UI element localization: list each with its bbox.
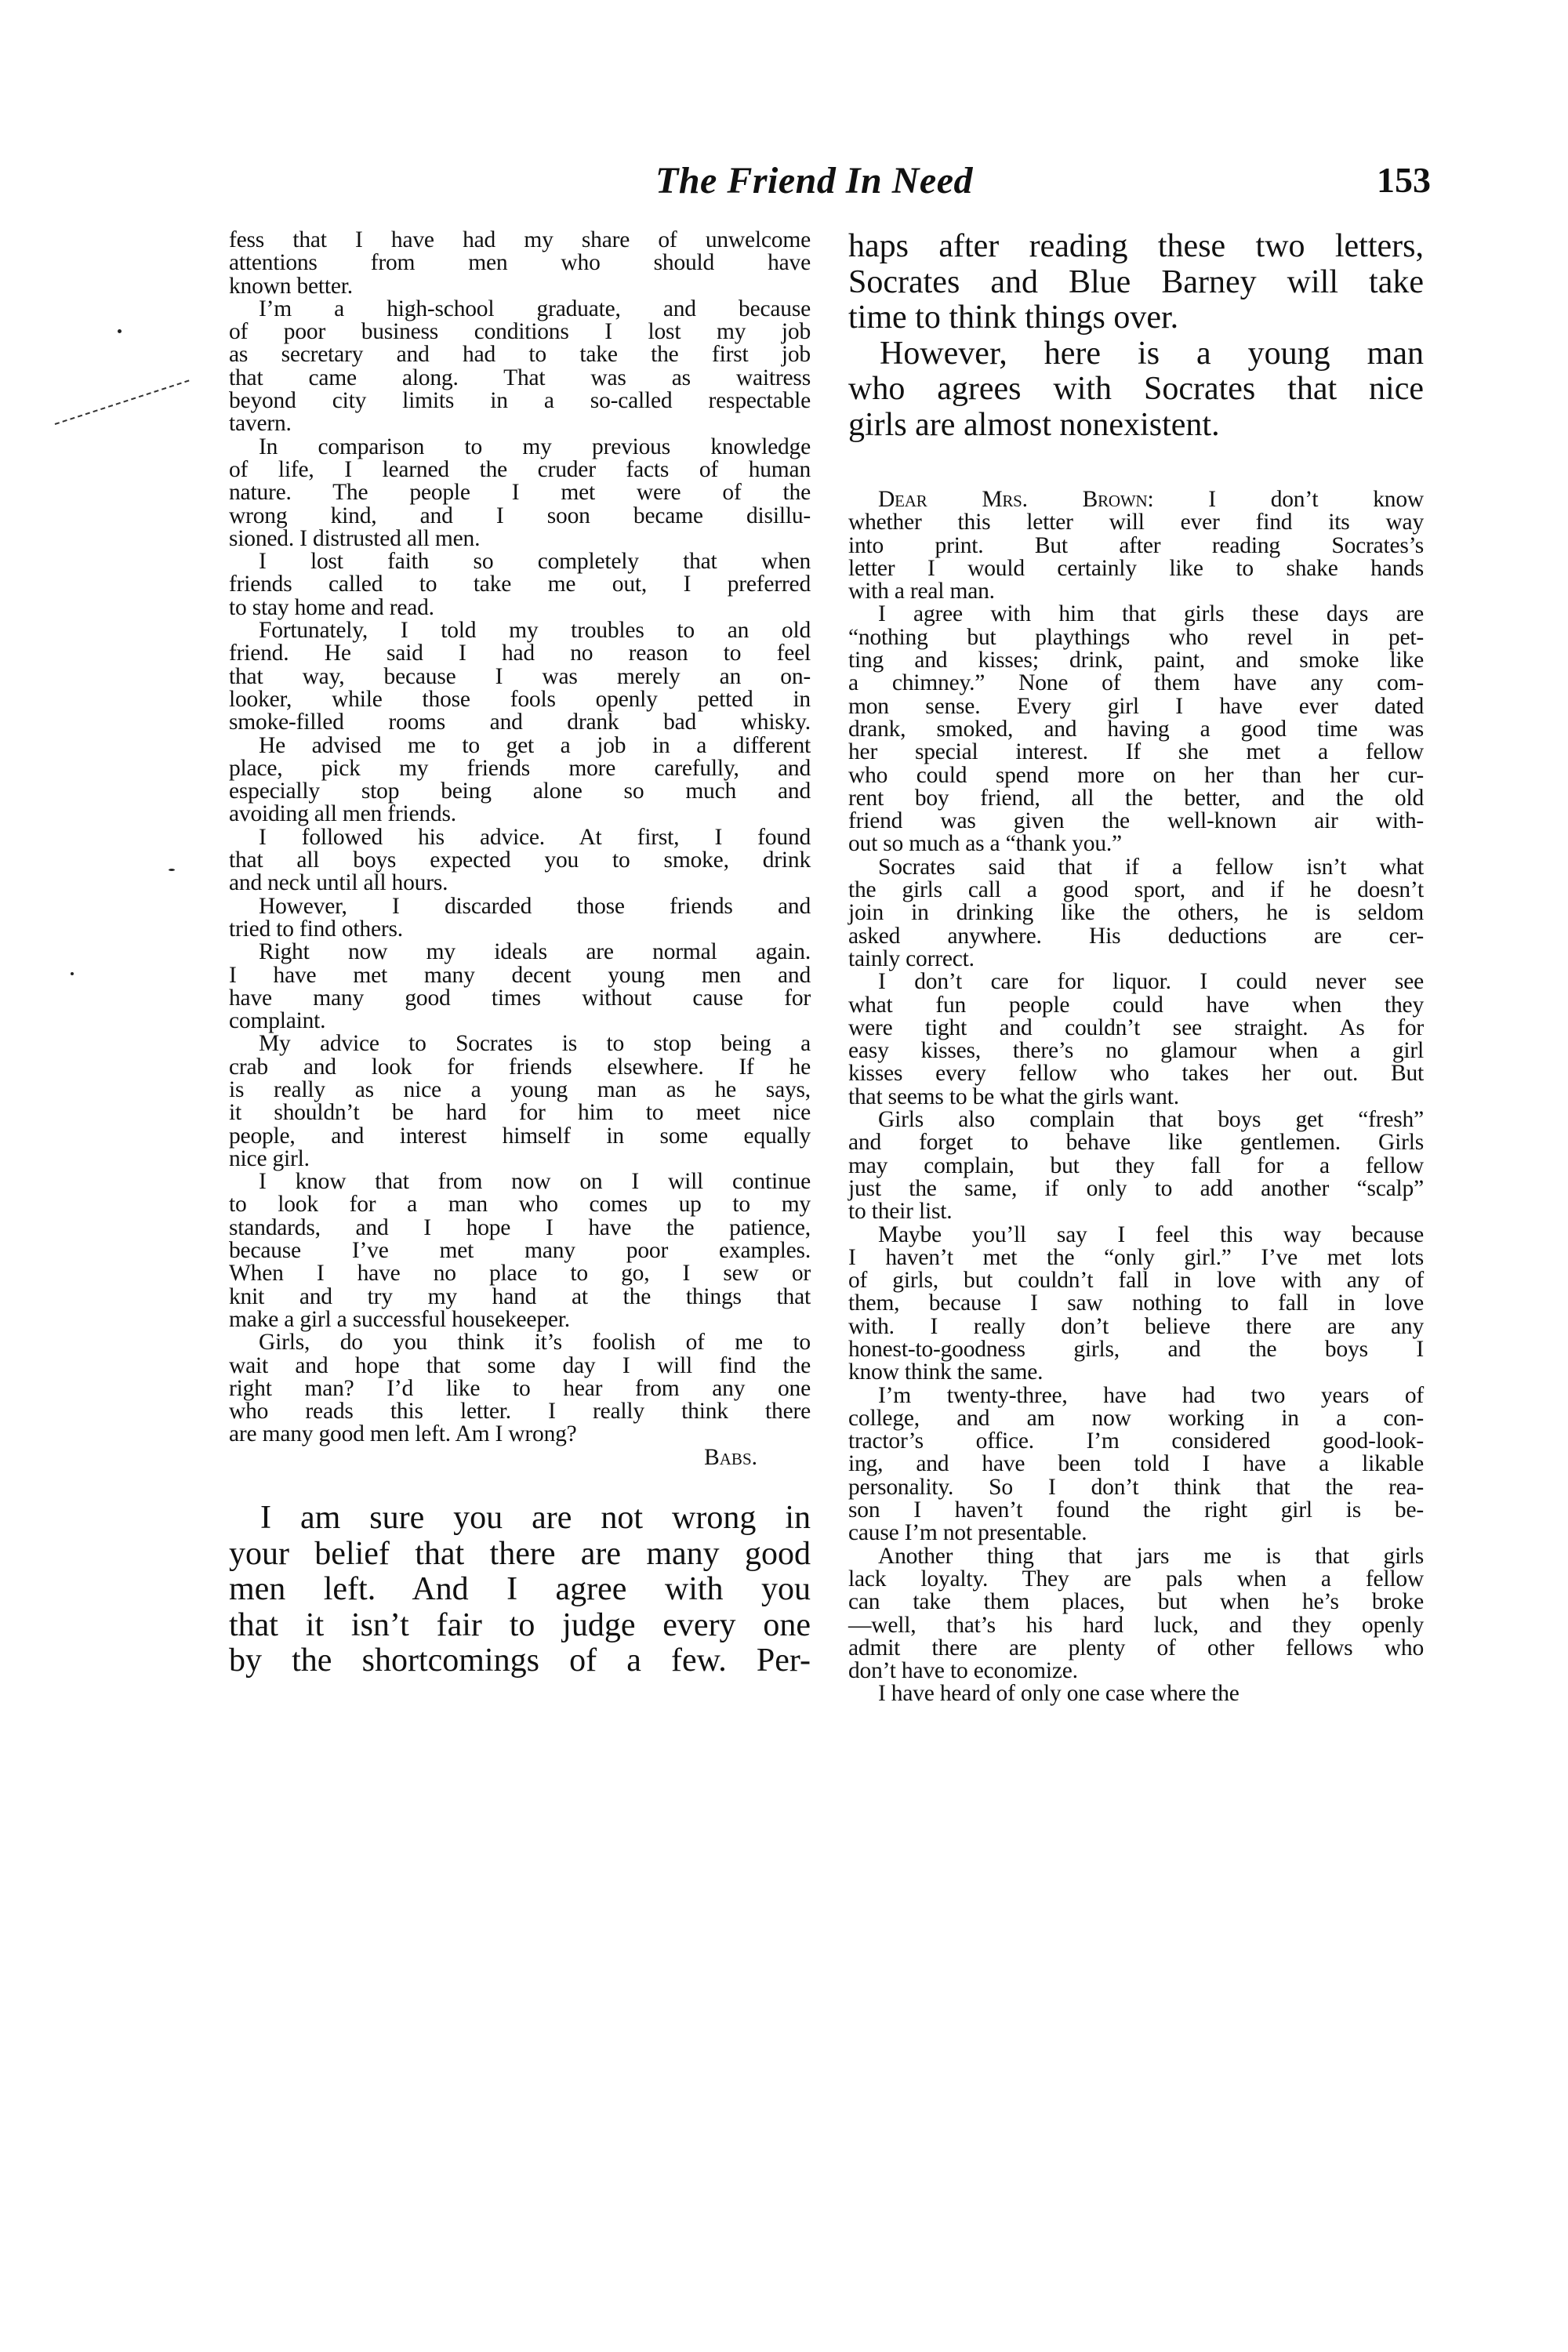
- text-line: avoiding all men friends.: [229, 803, 811, 826]
- text-line: to stay home and read.: [229, 597, 811, 619]
- text-line: whether this letter will ever find its w…: [848, 511, 1424, 534]
- text-line: wait and hope that some day I will find …: [229, 1355, 811, 1377]
- text-line: can take them places, but when he’s brok…: [848, 1591, 1424, 1613]
- editorial-line: Socrates and Blue Barney will take: [848, 265, 1424, 301]
- left-column: fess that I have had my share of unwelco…: [229, 229, 811, 1679]
- reader-letter-young-man: Dear Mrs. Brown: I don’t knowwhether thi…: [848, 488, 1424, 1706]
- text-line: don’t have to economize.: [848, 1660, 1424, 1682]
- text-line: that seems to be what the girls want.: [848, 1086, 1424, 1109]
- text-line: that all boys expected you to smoke, dri…: [229, 849, 811, 872]
- text-line: cause I’m not presentable.: [848, 1522, 1424, 1544]
- text-line: tractor’s office. I’m considered good-lo…: [848, 1430, 1424, 1453]
- text-line: admit there are plenty of other fellows …: [848, 1637, 1424, 1660]
- text-line: ing, and have been told I have a likable: [848, 1453, 1424, 1475]
- text-line: I agree with him that girls these days a…: [848, 603, 1424, 626]
- text-line: with a real man.: [848, 580, 1424, 603]
- text-line: Girls also complain that boys get “fresh…: [848, 1109, 1424, 1131]
- text-line: lack loyalty. They are pals when a fello…: [848, 1568, 1424, 1591]
- text-line: friends called to take me out, I preferr…: [229, 573, 811, 596]
- text-line: college, and am now working in a con-: [848, 1407, 1424, 1430]
- text-line: it shouldn’t be hard for him to meet nic…: [229, 1102, 811, 1124]
- editorial-line: men left. And I agree with you: [229, 1572, 811, 1608]
- text-line: of poor business conditions I lost my jo…: [229, 321, 811, 343]
- text-line: is really as nice a young man as he says…: [229, 1079, 811, 1102]
- text-line: and forget to behave like gentlemen. Gir…: [848, 1131, 1424, 1154]
- text-line: into print. But after reading Socrates’s: [848, 535, 1424, 557]
- text-line: knit and try my hand at the things that: [229, 1286, 811, 1308]
- text-line: have many good times without cause for: [229, 987, 811, 1010]
- text-line: Right now my ideals are normal again.: [229, 941, 811, 964]
- text-line: that came along. That was as waitress: [229, 367, 811, 390]
- text-line: just the same, if only to add another “s…: [848, 1178, 1424, 1200]
- text-line: letter I would certainly like to shake h…: [848, 557, 1424, 580]
- text-line: beyond city limits in a so-called respec…: [229, 390, 811, 412]
- text-line: tainly correct.: [848, 948, 1424, 971]
- text-line: complaint.: [229, 1010, 811, 1033]
- editorial-line: time to think things over.: [848, 300, 1424, 336]
- text-line: a chimney.” None of them have any com-: [848, 672, 1424, 695]
- text-line: known better.: [229, 275, 811, 298]
- scan-speck: [118, 329, 122, 333]
- text-line: tried to find others.: [229, 918, 811, 941]
- spacer: [229, 1469, 811, 1501]
- reader-letter-babs: fess that I have had my share of unwelco…: [229, 229, 811, 1446]
- text-line: friend. He said I had no reason to feel: [229, 642, 811, 665]
- editorial-line: your belief that there are many good: [229, 1537, 811, 1573]
- text-line: are many good men left. Am I wrong?: [229, 1423, 811, 1446]
- text-line: Socrates said that if a fellow isn’t wha…: [848, 856, 1424, 879]
- text-line: the girls call a good sport, and if he d…: [848, 879, 1424, 902]
- text-line: I know that from now on I will continue: [229, 1171, 811, 1193]
- text-line: her special interest. If she met a fello…: [848, 741, 1424, 764]
- text-line: mon sense. Every girl I have ever dated: [848, 695, 1424, 718]
- scan-speck: [71, 972, 74, 975]
- text-line: I’m a high-school graduate, and because: [229, 298, 811, 321]
- text-line: join in drinking like the others, he is …: [848, 902, 1424, 924]
- text-line: “nothing but playthings who revel in pet…: [848, 626, 1424, 649]
- text-line: sioned. I distrusted all men.: [229, 528, 811, 550]
- magazine-page: The Friend In Need 153 fess that I have …: [0, 0, 1568, 2352]
- text-line: son I haven’t found the right girl is be…: [848, 1499, 1424, 1522]
- text-line: of girls, but couldn’t fall in love with…: [848, 1269, 1424, 1292]
- text-line: Girls, do you think it’s foolish of me t…: [229, 1331, 811, 1354]
- text-line: fess that I have had my share of unwelco…: [229, 229, 811, 252]
- text-line: who reads this letter. I really think th…: [229, 1400, 811, 1423]
- text-line: make a girl a successful housekeeper.: [229, 1308, 811, 1331]
- text-line: standards, and I hope I have the patienc…: [229, 1217, 811, 1240]
- text-line: looker, while those fools openly petted …: [229, 688, 811, 711]
- text-line: personality. So I don’t think that the r…: [848, 1476, 1424, 1499]
- text-line: out so much as a “thank you.”: [848, 833, 1424, 855]
- text-line: know think the same.: [848, 1361, 1424, 1384]
- text-line: were tight and couldn’t see straight. As…: [848, 1017, 1424, 1040]
- text-line: When I have no place to go, I sew or: [229, 1262, 811, 1285]
- scan-speck: [169, 869, 175, 871]
- text-line: —well, that’s his hard luck, and they op…: [848, 1614, 1424, 1637]
- right-column: haps after reading these two letters,Soc…: [848, 229, 1424, 1706]
- text-line: ting and kisses; drink, paint, and smoke…: [848, 649, 1424, 672]
- scan-mark: [55, 379, 190, 425]
- text-line: easy kisses, there’s no glamour when a g…: [848, 1040, 1424, 1062]
- text-line: Dear Mrs. Brown: I don’t know: [848, 488, 1424, 511]
- text-line: right man? I’d like to hear from any one: [229, 1377, 811, 1400]
- text-line: with. I really don’t believe there are a…: [848, 1316, 1424, 1338]
- editorial-line: However, here is a young man: [848, 336, 1424, 372]
- letter-signature: Babs.: [229, 1446, 811, 1469]
- text-line: He advised me to get a job in a differen…: [229, 735, 811, 757]
- text-line: and neck until all hours.: [229, 872, 811, 895]
- text-line: rent boy friend, all the better, and the…: [848, 787, 1424, 810]
- text-line: especially stop being alone so much and: [229, 780, 811, 803]
- text-line: I haven’t met the “only girl.” I’ve met …: [848, 1247, 1424, 1269]
- text-line: I have met many decent young men and: [229, 964, 811, 987]
- text-line: asked anywhere. His deductions are cer-: [848, 925, 1424, 948]
- text-line: I have heard of only one case where the: [848, 1682, 1424, 1705]
- text-line: honest-to-goodness girls, and the boys I: [848, 1338, 1424, 1361]
- text-line: I lost faith so completely that when: [229, 550, 811, 573]
- text-line: I’m twenty-three, have had two years of: [848, 1385, 1424, 1407]
- text-line: I followed his advice. At first, I found: [229, 826, 811, 849]
- text-line: who could spend more on her than her cur…: [848, 764, 1424, 787]
- page-number: 153: [1377, 159, 1431, 201]
- text-line: wrong kind, and I soon became disillu-: [229, 505, 811, 528]
- text-line: friend was given the well-known air with…: [848, 810, 1424, 833]
- salutation: Dear Mrs. Brown:: [878, 487, 1153, 512]
- text-line: tavern.: [229, 412, 811, 435]
- text-line: However, I discarded those friends and: [229, 895, 811, 918]
- text-line: people, and interest himself in some equ…: [229, 1125, 811, 1148]
- text-line: to their list.: [848, 1200, 1424, 1223]
- text-line: that way, because I was merely an on-: [229, 666, 811, 688]
- text-line: drank, smoked, and having a good time wa…: [848, 718, 1424, 741]
- editorial-line: haps after reading these two letters,: [848, 229, 1424, 265]
- editorial-line: who agrees with Socrates that nice: [848, 372, 1424, 408]
- text-line: nature. The people I met were of the: [229, 481, 811, 504]
- text-line: Another thing that jars me is that girls: [848, 1545, 1424, 1568]
- text-line: I don’t care for liquor. I could never s…: [848, 971, 1424, 993]
- text-line: nice girl.: [229, 1148, 811, 1171]
- running-title: The Friend In Need: [655, 159, 973, 202]
- text-line: attentions from men who should have: [229, 252, 811, 274]
- editorial-line: girls are almost nonexistent.: [848, 408, 1424, 444]
- text-line: smoke-filled rooms and drank bad whisky.: [229, 711, 811, 734]
- editor-response: I am sure you are not wrong inyour belie…: [229, 1501, 811, 1679]
- text-line: may complain, but they fall for a fellow: [848, 1155, 1424, 1178]
- text-line: as secretary and had to take the first j…: [229, 343, 811, 366]
- text-line: them, because I saw nothing to fall in l…: [848, 1292, 1424, 1315]
- text-line: Maybe you’ll say I feel this way because: [848, 1224, 1424, 1247]
- text-line: of life, I learned the cruder facts of h…: [229, 459, 811, 481]
- text-line: In comparison to my previous knowledge: [229, 436, 811, 459]
- spacer: [848, 443, 1424, 488]
- text-line: My advice to Socrates is to stop being a: [229, 1033, 811, 1055]
- text-line: to look for a man who comes up to my: [229, 1193, 811, 1216]
- text-line: place, pick my friends more carefully, a…: [229, 757, 811, 780]
- editorial-line: I am sure you are not wrong in: [229, 1501, 811, 1537]
- editor-response-continued: haps after reading these two letters,Soc…: [848, 229, 1424, 443]
- editorial-line: that it isn’t fair to judge every one: [229, 1608, 811, 1644]
- text-line: crab and look for friends elsewhere. If …: [229, 1056, 811, 1079]
- text-line: because I’ve met many poor examples.: [229, 1240, 811, 1262]
- editorial-line: by the shortcomings of a few. Per-: [229, 1643, 811, 1679]
- text-line: Fortunately, I told my troubles to an ol…: [229, 619, 811, 642]
- text-line: what fun people could have when they: [848, 994, 1424, 1017]
- text-line: kisses every fellow who takes her out. B…: [848, 1062, 1424, 1085]
